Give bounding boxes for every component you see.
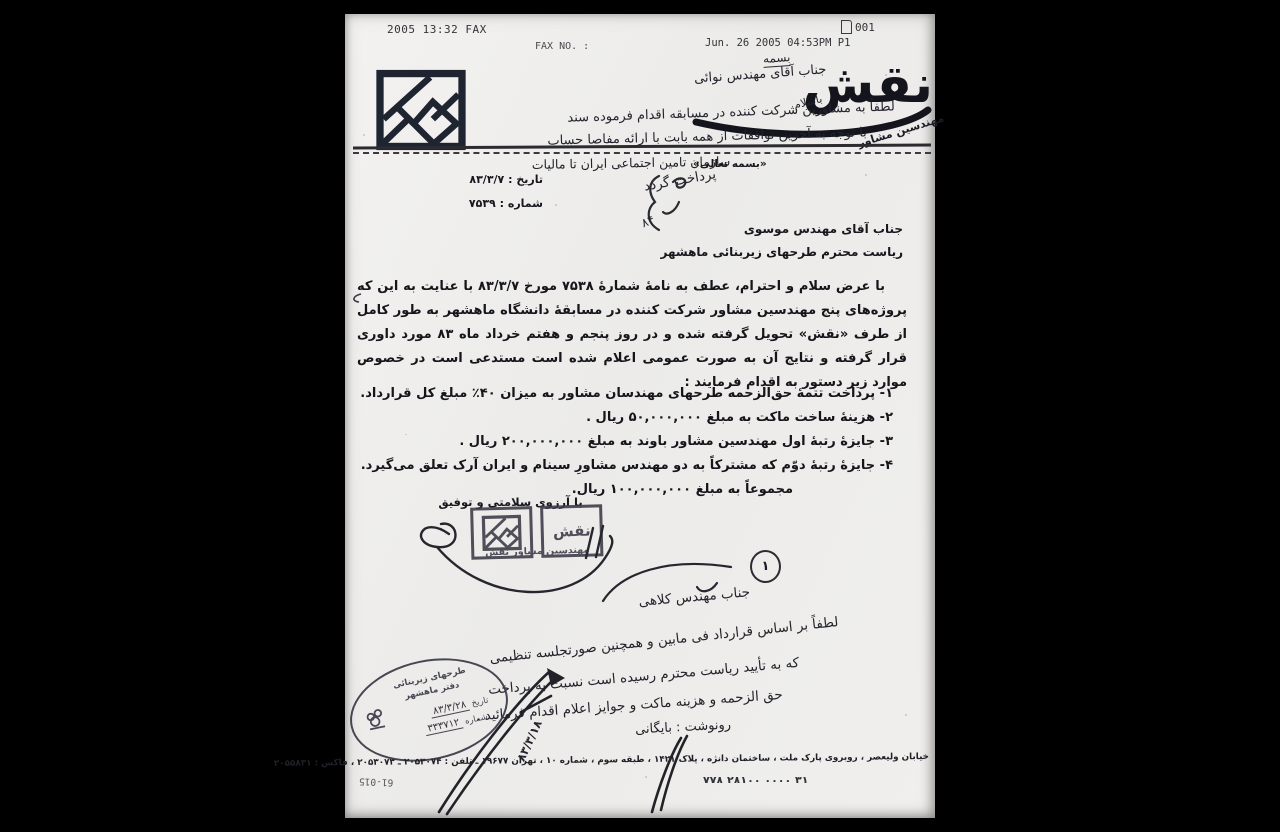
signature-stroke-icon [409,654,689,814]
corner-mark: 61-015 [359,775,394,787]
date-label: تاریخ : [508,173,543,186]
recipient-title: ریاست محترم طرحهای زیربنائی ماهشهر [660,245,903,259]
body-paragraph: با عرض سلام و احترام، عطف به نامهٔ شماره… [357,275,907,395]
fax-timestamp-left: 2005 13:32 FAX [387,23,487,36]
date-value: ۸۳/۳/۷ [469,173,504,186]
footer-cut-digits-text: ۷۷۸ ۲۸۱۰۰ ۰۰۰۰ ۳۱ [703,775,913,783]
brace-scribble-icon [629,172,699,236]
body-list-item-4-continuation: مجموعاً به مبلغ ۱۰۰,۰۰۰,۰۰۰ ریال. [572,482,793,497]
stage: 2005 13:32 FAX 001 FAX NO. : Jun. 26 200… [0,0,1280,832]
number-label: شماره : [500,197,543,210]
footer-cut-digits: ۷۷۸ ۲۸۱۰۰ ۰۰۰۰ ۳۱ [703,775,913,783]
fax-page-icon [841,20,852,34]
body-list-item-1: ۱- پرداخت تتمهٔ حق‌الزحمه طرحهای مهندسان… [360,386,893,401]
fax-page-count: 001 [855,21,875,34]
body-list-item-3: ۳- جایزهٔ رتبهٔ اول مهندسین مشاور باوند … [459,434,893,449]
fax-page-counter: 001 [841,20,875,34]
circled-number-annotation: ۱ [750,550,781,583]
body-list-item-4: ۴- جایزهٔ رتبهٔ دوّم که مشترکاً به دو مه… [361,458,893,473]
recipient-name: جناب آقای مهندس موسوی [744,222,903,236]
number-value: ۷۵۳۹ [469,197,496,210]
company-logo-icon [375,69,467,151]
number-field: شماره : ۷۵۳۹ [423,197,543,210]
body-list-item-2: ۲- هزینهٔ ساخت ماکت به مبلغ ۵۰,۰۰۰,۰۰۰ ر… [586,410,893,425]
document-page: 2005 13:32 FAX 001 FAX NO. : Jun. 26 200… [345,14,935,818]
header-rule-dashed [353,152,931,154]
date-field: تاریخ : ۸۳/۳/۷ [423,173,543,186]
fax-timestamp-right: Jun. 26 2005 04:53PM P1 [705,37,850,49]
fax-no-label: FAX NO. : [535,41,589,52]
